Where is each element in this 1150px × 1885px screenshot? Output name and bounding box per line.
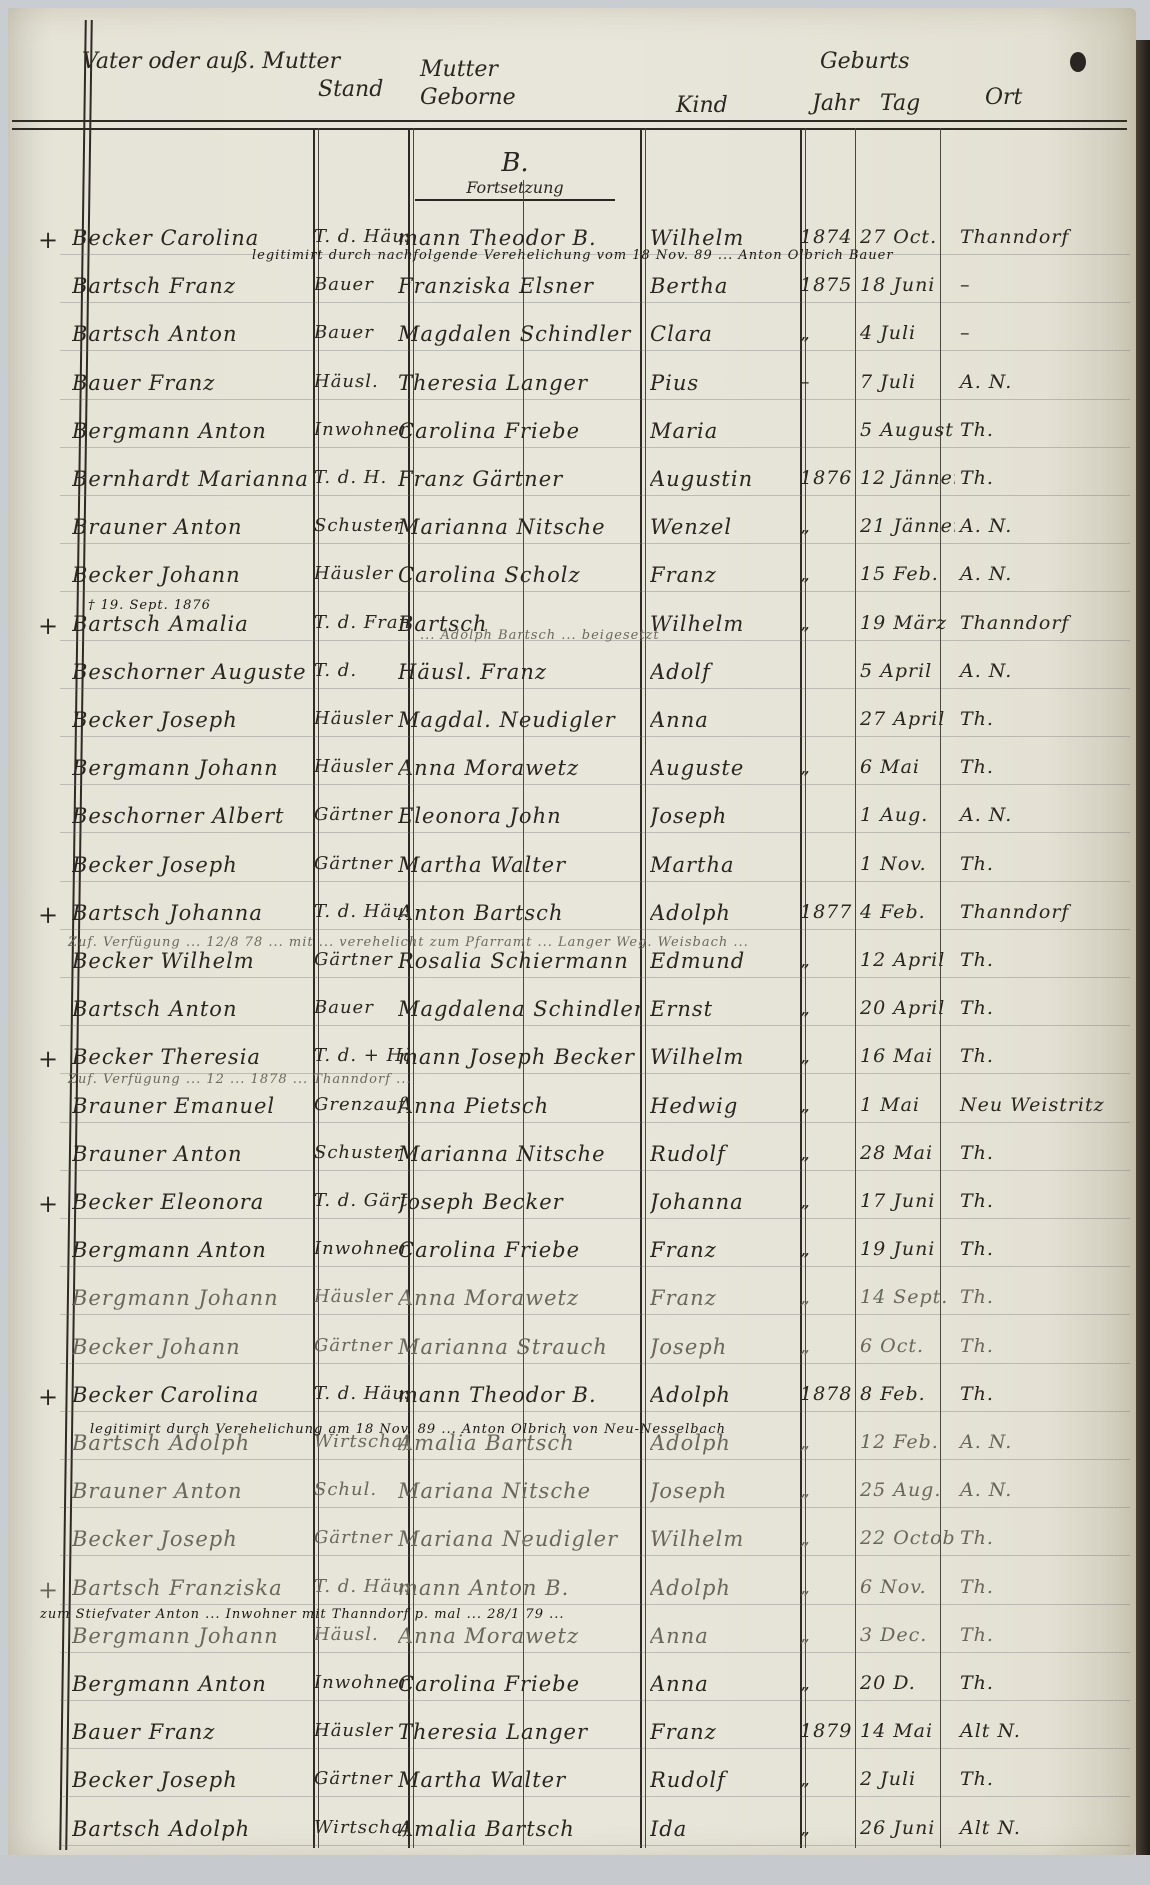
section-heading: B. Fortsetzung: [415, 148, 615, 201]
status-cell: Häusler: [314, 756, 409, 777]
father-name: Bartsch Anton: [72, 322, 307, 346]
status-cell: Bauer: [314, 322, 409, 343]
birth-year: „: [800, 1768, 850, 1790]
birth-place: Thanndorf: [960, 901, 1110, 923]
header-place-col: Ort: [985, 84, 1022, 112]
birth-day: 19 März: [860, 612, 955, 634]
father-name: Bergmann Johann: [72, 1624, 307, 1648]
father-name: Brauner Anton: [72, 1142, 307, 1166]
mother-name: Carolina Scholz: [398, 563, 640, 587]
status-cell: Gärtner: [314, 1527, 409, 1548]
table-row: Brauner AntonSchul.Mariana NitscheJoseph…: [0, 1473, 1150, 1513]
child-name: Rudolf: [650, 1768, 800, 1792]
father-name: Bergmann Anton: [72, 419, 307, 443]
child-name: Augustin: [650, 467, 800, 491]
child-name: Franz: [650, 1238, 800, 1262]
birth-place: Th.: [960, 1672, 1110, 1694]
annotation-legitimation-2: legitimirt durch Verehelichung am 18 Nov…: [90, 1422, 726, 1437]
child-name: Franz: [650, 1286, 800, 1310]
birth-day: 27 Oct.: [860, 226, 955, 248]
birth-day: 17 Juni: [860, 1190, 955, 1212]
table-row: Beschorner AugusteT. d.Häusl. FranzAdolf…: [0, 654, 1150, 694]
child-name: Auguste: [650, 756, 800, 780]
birth-year: „: [800, 949, 850, 971]
father-name: Becker Joseph: [72, 1768, 307, 1792]
mother-name: Carolina Friebe: [398, 1672, 640, 1696]
deceased-mark: +: [38, 612, 59, 640]
child-name: Clara: [650, 322, 800, 346]
mother-name: Martha Walter: [398, 853, 640, 877]
mother-name: Rosalia Schiermann: [398, 949, 640, 973]
birth-day: 6 Mai: [860, 756, 955, 778]
mother-name: Häusl. Franz: [398, 660, 640, 684]
birth-place: Thanndorf: [960, 612, 1110, 634]
table-row: Becker JosephGärtnerMartha WalterMartha1…: [0, 847, 1150, 887]
status-cell: Häusler: [314, 708, 409, 729]
birth-place: Th.: [960, 756, 1110, 778]
table-row: Bergmann JohannHäuslerAnna MorawetzAugus…: [0, 750, 1150, 790]
status-cell: Bauer: [314, 274, 409, 295]
birth-year: „: [800, 1624, 850, 1646]
header-status-col: Stand: [318, 76, 383, 104]
table-row: +Becker EleonoraT. d. GärtnerJoseph Beck…: [0, 1184, 1150, 1224]
child-name: Anna: [650, 708, 800, 732]
birth-day: 16 Mai: [860, 1045, 955, 1067]
father-name: Becker Carolina: [72, 1383, 307, 1407]
table-row: Bartsch AdolphWirtschafterAmalia Bartsch…: [0, 1811, 1150, 1851]
birth-day: 1 Aug.: [860, 804, 955, 826]
status-cell: T. d. H.: [314, 467, 409, 488]
birth-day: 7 Juli: [860, 371, 955, 393]
status-cell: T. d. Häusl.: [314, 1576, 409, 1597]
annotation-marriage-2: Zuf. Verfügung ... 12 ... 1878 ... Thann…: [68, 1072, 412, 1087]
birth-year: „: [800, 1142, 850, 1164]
birth-day: 22 Octob.: [860, 1527, 955, 1549]
annotation-stepfather: zum Stiefvater Anton ... Inwohner mit Th…: [40, 1607, 565, 1622]
birth-place: Th.: [960, 1624, 1110, 1646]
birth-place: A. N.: [960, 660, 1110, 682]
status-cell: Häusler: [314, 563, 409, 584]
birth-place: A. N.: [960, 371, 1110, 393]
birth-day: 8 Feb.: [860, 1383, 955, 1405]
birth-year: 1878: [800, 1383, 850, 1405]
father-name: Bartsch Johanna: [72, 901, 307, 925]
status-cell: Häusl.: [314, 1624, 409, 1645]
birth-place: Th.: [960, 949, 1110, 971]
birth-place: –: [960, 274, 1110, 296]
header-rule-top: [12, 120, 1127, 122]
father-name: Becker Joseph: [72, 853, 307, 877]
deceased-mark: +: [38, 901, 59, 929]
child-name: Anna: [650, 1624, 800, 1648]
birth-place: Th.: [960, 467, 1110, 489]
status-cell: Inwohner: [314, 419, 409, 440]
birth-day: 3 Dec.: [860, 1624, 955, 1646]
father-name: Becker Eleonora: [72, 1190, 307, 1214]
child-name: Pius: [650, 371, 800, 395]
table-row: Brauner EmanuelGrenzaufs.Anna PietschHed…: [0, 1088, 1150, 1128]
mother-name: Franz Gärtner: [398, 467, 640, 491]
status-cell: Schul.: [314, 1479, 409, 1500]
birth-place: Th.: [960, 853, 1110, 875]
status-cell: Gärtner: [314, 804, 409, 825]
birth-place: Th.: [960, 1142, 1110, 1164]
father-name: Bartsch Franz: [72, 274, 307, 298]
father-name: Brauner Anton: [72, 1479, 307, 1503]
birth-place: Alt N.: [960, 1817, 1110, 1839]
table-row: Becker JohannHäuslerCarolina ScholzFranz…: [0, 557, 1150, 597]
status-cell: T. d. Franz: [314, 612, 409, 633]
father-name: Bergmann Johann: [72, 1286, 307, 1310]
child-name: Adolf: [650, 660, 800, 684]
mother-name: Mariana Neudigler: [398, 1527, 640, 1551]
birth-year: 1875: [800, 274, 850, 296]
status-cell: Schuster: [314, 1142, 409, 1163]
birth-place: A. N.: [960, 1431, 1110, 1453]
deceased-mark: +: [38, 226, 59, 254]
birth-place: Alt N.: [960, 1720, 1110, 1742]
child-name: Wilhelm: [650, 1527, 800, 1551]
birth-day: 20 April: [860, 997, 955, 1019]
birth-day: 4 Juli: [860, 322, 955, 344]
mother-name: mann Theodor B.: [398, 1383, 640, 1407]
child-name: Adolph: [650, 901, 800, 925]
father-name: Bartsch Adolph: [72, 1817, 307, 1841]
table-row: Becker JosephHäuslerMagdal. NeudiglerAnn…: [0, 702, 1150, 742]
birth-day: 27 April: [860, 708, 955, 730]
child-name: Bertha: [650, 274, 800, 298]
scan-background: [0, 1855, 1150, 1885]
birth-year: „: [800, 1045, 850, 1067]
status-cell: Schuster: [314, 515, 409, 536]
table-row: Beschorner AlbertGärtnerEleonora JohnJos…: [0, 798, 1150, 838]
table-row: Bauer FranzHäusl.Theresia LangerPius–7 J…: [0, 365, 1150, 405]
mother-name: Carolina Friebe: [398, 419, 640, 443]
birth-place: Th.: [960, 1527, 1110, 1549]
status-cell: T. d. Häusl.: [314, 226, 409, 247]
mother-name: Magdalen Schindler: [398, 322, 640, 346]
child-name: Franz: [650, 1720, 800, 1744]
father-name: Bauer Franz: [72, 1720, 307, 1744]
father-name: Becker Joseph: [72, 708, 307, 732]
birth-year: „: [800, 1576, 850, 1598]
table-row: Brauner AntonSchusterMarianna NitscheRud…: [0, 1136, 1150, 1176]
table-row: Bergmann JohannHäuslerAnna MorawetzFranz…: [0, 1280, 1150, 1320]
annotation-death-date: † 19. Sept. 1876: [88, 598, 211, 613]
mother-name: Amalia Bartsch: [398, 1817, 640, 1841]
status-cell: T. d. Gärtner: [314, 1190, 409, 1211]
header-father-col: Vater oder auß. Mutter: [82, 48, 340, 76]
mother-name: Carolina Friebe: [398, 1238, 640, 1262]
table-row: +Bartsch FranziskaT. d. Häusl.mann Anton…: [0, 1570, 1150, 1610]
birth-year: „: [800, 1335, 850, 1357]
status-cell: T. d.: [314, 660, 409, 681]
header-birth-col: Geburts: [820, 48, 910, 76]
mother-name: Anna Morawetz: [398, 756, 640, 780]
father-name: Bauer Franz: [72, 371, 307, 395]
table-row: +Becker CarolinaT. d. Häusl.mann Theodor…: [0, 1377, 1150, 1417]
father-name: Bergmann Johann: [72, 756, 307, 780]
annotation-marriage-1: Zuf. Verfügung ... 12/8 78 ... mit ... v…: [68, 935, 749, 950]
birth-place: Th.: [960, 1576, 1110, 1598]
father-name: Becker Carolina: [72, 226, 307, 250]
birth-day: 5 April: [860, 660, 955, 682]
birth-place: A. N.: [960, 804, 1110, 826]
birth-place: Th.: [960, 1045, 1110, 1067]
mother-name: mann Theodor B.: [398, 226, 640, 250]
birth-year: „: [800, 612, 850, 634]
status-cell: Grenzaufs.: [314, 1094, 409, 1115]
child-name: Anna: [650, 1672, 800, 1696]
father-name: Bartsch Anton: [72, 997, 307, 1021]
birth-place: A. N.: [960, 1479, 1110, 1501]
father-name: Becker Wilhelm: [72, 949, 307, 973]
table-row: Becker JosephGärtnerMartha WalterRudolf„…: [0, 1762, 1150, 1802]
status-cell: Häusl.: [314, 371, 409, 392]
child-name: Ida: [650, 1817, 800, 1841]
mother-name: Marianna Strauch: [398, 1335, 640, 1359]
table-row: Bartsch AntonBauerMagdalena SchindlerErn…: [0, 991, 1150, 1031]
table-row: Bergmann AntonInwohnerCarolina FriebeAnn…: [0, 1666, 1150, 1706]
birth-place: Neu Weistritz: [960, 1094, 1110, 1116]
mother-name: Theresia Langer: [398, 1720, 640, 1744]
birth-day: 14 Mai: [860, 1720, 955, 1742]
birth-day: 12 Feb.: [860, 1431, 955, 1453]
birth-day: 14 Sept.: [860, 1286, 955, 1308]
birth-place: Th.: [960, 419, 1110, 441]
father-name: Bergmann Anton: [72, 1238, 307, 1262]
birth-year: „: [800, 1431, 850, 1453]
table-row: Bergmann JohannHäusl.Anna MorawetzAnna„3…: [0, 1618, 1150, 1658]
birth-day: 25 Aug.: [860, 1479, 955, 1501]
child-name: Adolph: [650, 1383, 800, 1407]
child-name: Edmund: [650, 949, 800, 973]
status-cell: Gärtner: [314, 853, 409, 874]
child-name: Joseph: [650, 1479, 800, 1503]
mother-name: Magdalena Schindler: [398, 997, 640, 1021]
birth-year: 1877: [800, 901, 850, 923]
birth-place: Th.: [960, 1286, 1110, 1308]
child-name: Martha: [650, 853, 800, 877]
deceased-mark: +: [38, 1190, 59, 1218]
birth-day: 6 Nov.: [860, 1576, 955, 1598]
father-name: Becker Johann: [72, 1335, 307, 1359]
table-row: +Bartsch JohannaT. d. Häusl.Anton Bartsc…: [0, 895, 1150, 935]
mother-name: Martha Walter: [398, 1768, 640, 1792]
child-name: Johanna: [650, 1190, 800, 1214]
mother-name: Magdal. Neudigler: [398, 708, 640, 732]
child-name: Wilhelm: [650, 1045, 800, 1069]
table-row: Becker JohannGärtnerMarianna StrauchJose…: [0, 1329, 1150, 1369]
birth-year: „: [800, 1094, 850, 1116]
birth-year: –: [800, 371, 850, 393]
father-name: Brauner Anton: [72, 515, 307, 539]
child-name: Joseph: [650, 804, 800, 828]
birth-year: „: [800, 1672, 850, 1694]
status-cell: Inwohner: [314, 1672, 409, 1693]
birth-place: A. N.: [960, 515, 1110, 537]
father-name: Beschorner Albert: [72, 804, 307, 828]
deceased-mark: +: [38, 1045, 59, 1073]
child-name: Rudolf: [650, 1142, 800, 1166]
mother-name: Anna Morawetz: [398, 1624, 640, 1648]
father-name: Becker Johann: [72, 563, 307, 587]
birth-day: 21 Jänner: [860, 515, 955, 537]
father-name: Beschorner Auguste: [72, 660, 307, 684]
status-cell: Gärtner: [314, 1335, 409, 1356]
birth-place: Thanndorf: [960, 226, 1110, 248]
mother-name: mann Anton B.: [398, 1576, 640, 1600]
ink-blot: [1070, 52, 1086, 72]
status-cell: T. d. Häusl.: [314, 1383, 409, 1404]
mother-name: Eleonora John: [398, 804, 640, 828]
birth-place: Th.: [960, 1383, 1110, 1405]
birth-day: 18 Juni: [860, 274, 955, 296]
table-row: Bergmann AntonInwohnerCarolina FriebeMar…: [0, 413, 1150, 453]
birth-place: Th.: [960, 1238, 1110, 1260]
birth-day: 28 Mai: [860, 1142, 955, 1164]
child-name: Wilhelm: [650, 226, 800, 250]
table-row: Becker JosephGärtnerMariana NeudiglerWil…: [0, 1521, 1150, 1561]
birth-day: 20 D.: [860, 1672, 955, 1694]
mother-name: Anna Morawetz: [398, 1286, 640, 1310]
child-name: Hedwig: [650, 1094, 800, 1118]
header-mother-col: Mutter Geborne: [420, 56, 580, 112]
header-year-col: Jahr: [812, 90, 859, 118]
mother-name: mann Joseph Becker: [398, 1045, 640, 1069]
birth-year: „: [800, 515, 850, 537]
mother-name: Marianna Nitsche: [398, 1142, 640, 1166]
birth-day: 4 Feb.: [860, 901, 955, 923]
birth-year: „: [800, 1286, 850, 1308]
child-name: Ernst: [650, 997, 800, 1021]
annotation-burial: ... Adolph Bartsch ... beigesetzt: [420, 628, 660, 643]
deceased-mark: +: [38, 1383, 59, 1411]
mother-name: Anna Pietsch: [398, 1094, 640, 1118]
table-row: Bartsch AntonBauerMagdalen SchindlerClar…: [0, 316, 1150, 356]
birth-year: 1879: [800, 1720, 850, 1742]
birth-place: Th.: [960, 708, 1110, 730]
birth-year: 1874: [800, 226, 850, 248]
father-name: Bergmann Anton: [72, 1672, 307, 1696]
birth-place: Th.: [960, 997, 1110, 1019]
annotation-legitimation-1: legitimirt durch nachfolgende Verehelich…: [252, 248, 894, 263]
deceased-mark: +: [38, 1576, 59, 1604]
header-child-col: Kind: [676, 92, 728, 120]
status-cell: Gärtner: [314, 949, 409, 970]
birth-year: „: [800, 756, 850, 778]
father-name: Becker Theresia: [72, 1045, 307, 1069]
birth-year: „: [800, 1238, 850, 1260]
mother-name: Franziska Elsner: [398, 274, 640, 298]
birth-place: A. N.: [960, 563, 1110, 585]
status-cell: T. d. Häusl.: [314, 901, 409, 922]
mother-name: Anton Bartsch: [398, 901, 640, 925]
child-name: Adolph: [650, 1576, 800, 1600]
birth-place: Th.: [960, 1190, 1110, 1212]
birth-day: 15 Feb.: [860, 563, 955, 585]
birth-day: 12 April: [860, 949, 955, 971]
birth-year: 1876: [800, 467, 850, 489]
header-day-col: Tag: [880, 90, 920, 118]
birth-year: „: [800, 1817, 850, 1839]
mother-name: Marianna Nitsche: [398, 515, 640, 539]
status-cell: T. d. + Häusl.: [314, 1045, 409, 1066]
birth-day: 12 Jänner: [860, 467, 955, 489]
child-name: Wilhelm: [650, 612, 800, 636]
father-name: Bartsch Franziska: [72, 1576, 307, 1600]
mother-name: Joseph Becker: [398, 1190, 640, 1214]
status-cell: Häusler: [314, 1720, 409, 1741]
birth-day: 26 Juni: [860, 1817, 955, 1839]
birth-day: 6 Oct.: [860, 1335, 955, 1357]
table-row: Bernhardt MariannaT. d. H.Franz GärtnerA…: [0, 461, 1150, 501]
birth-day: 1 Nov.: [860, 853, 955, 875]
status-cell: Gärtner: [314, 1768, 409, 1789]
mother-name: Theresia Langer: [398, 371, 640, 395]
father-name: Brauner Emanuel: [72, 1094, 307, 1118]
child-name: Wenzel: [650, 515, 800, 539]
father-name: Becker Joseph: [72, 1527, 307, 1551]
birth-day: 19 Juni: [860, 1238, 955, 1260]
birth-day: 1 Mai: [860, 1094, 955, 1116]
birth-year: „: [800, 322, 850, 344]
child-name: Joseph: [650, 1335, 800, 1359]
birth-year: „: [800, 1479, 850, 1501]
birth-place: –: [960, 322, 1110, 344]
birth-day: 5 August: [860, 419, 955, 441]
mother-name: Mariana Nitsche: [398, 1479, 640, 1503]
birth-year: „: [800, 1190, 850, 1212]
table-row: Brauner AntonSchusterMarianna NitscheWen…: [0, 509, 1150, 549]
father-name: Bernhardt Marianna: [72, 467, 307, 491]
status-cell: Inwohner: [314, 1238, 409, 1259]
birth-year: „: [800, 1527, 850, 1549]
child-name: Franz: [650, 563, 800, 587]
birth-place: Th.: [960, 1768, 1110, 1790]
header-rule-bottom: [12, 128, 1127, 130]
status-cell: Häusler: [314, 1286, 409, 1307]
birth-year: „: [800, 563, 850, 585]
table-row: Bergmann AntonInwohnerCarolina FriebeFra…: [0, 1232, 1150, 1272]
child-name: Maria: [650, 419, 800, 443]
birth-day: 2 Juli: [860, 1768, 955, 1790]
table-row: Bauer FranzHäuslerTheresia LangerFranz18…: [0, 1714, 1150, 1754]
status-cell: Wirtschafter: [314, 1817, 409, 1838]
table-row: Bartsch FranzBauerFranziska ElsnerBertha…: [0, 268, 1150, 308]
birth-year: „: [800, 997, 850, 1019]
status-cell: Bauer: [314, 997, 409, 1018]
father-name: Bartsch Amalia: [72, 612, 307, 636]
birth-place: Th.: [960, 1335, 1110, 1357]
